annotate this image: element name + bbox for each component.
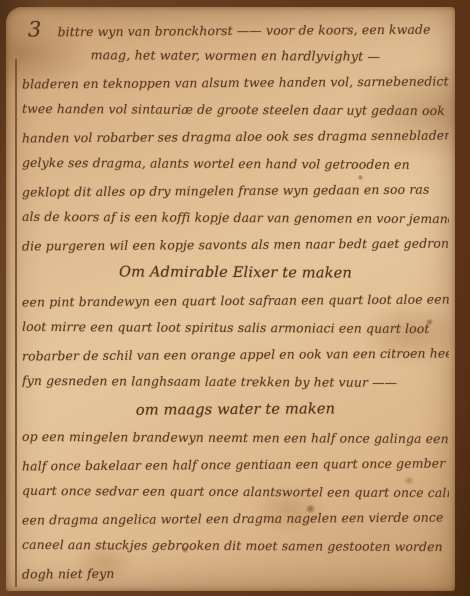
manuscript-line: half once bakelaar een half once gentiaa…	[22, 450, 449, 480]
recipe1-title: bittre wyn van bronckhorst —— voor de ko…	[57, 16, 430, 44]
manuscript-line: een dragma angelica wortel een dragma na…	[22, 504, 449, 534]
manuscript-line: robarber de schil van een orange appel e…	[22, 340, 449, 370]
manuscript-line: die purgeren wil een kopje savonts als m…	[22, 230, 449, 260]
manuscript-line: dogh niet feyn	[22, 558, 449, 588]
manuscript-line: op een mingelen brandewyn neemt men een …	[22, 423, 449, 452]
manuscript-line: twee handen vol sintauriæ de groote stee…	[22, 95, 449, 124]
manuscript-line: bladeren en teknoppen van alsum twee han…	[22, 68, 449, 98]
recipe1-title-line: 3 bittre wyn van bronckhorst —— voor de …	[22, 14, 449, 44]
manuscript-line: geklopt dit alles op dry mingelen franse…	[22, 176, 449, 206]
manuscript-text: 3 bittre wyn van bronckhorst —— voor de …	[22, 15, 449, 591]
manuscript-line: quart once sedvar een quart once alantsw…	[22, 477, 449, 506]
page-number: 3	[28, 16, 42, 43]
manuscript-line: handen vol robarber ses dragma aloe ook …	[22, 122, 449, 152]
recipe1-subtitle: maag, het water, wormen en hardlyvighyt …	[22, 41, 449, 70]
manuscript-line: een pint brandewyn een quart loot safraa…	[22, 286, 449, 316]
recipe2-heading: Om Admirable Elixer te maken	[22, 257, 449, 288]
recipe3-heading: om maags water te maken	[22, 394, 449, 426]
margin-rule-line	[15, 59, 17, 587]
manuscript-line: gelyke ses dragma, alants wortel een han…	[22, 149, 449, 178]
manuscript-line: caneel aan stuckjes gebrooken dit moet s…	[22, 531, 449, 560]
manuscript-line: loot mirre een quart loot spiritus salis…	[22, 313, 449, 342]
manuscript-page: 3 bittre wyn van bronckhorst —— voor de …	[6, 7, 455, 591]
manuscript-photo: 3 bittre wyn van bronckhorst —— voor de …	[0, 0, 470, 596]
manuscript-line: fyn gesneden en langhsaam laate trekken …	[22, 367, 449, 396]
manuscript-line: als de koors af is een koffi kopje daar …	[22, 203, 449, 232]
